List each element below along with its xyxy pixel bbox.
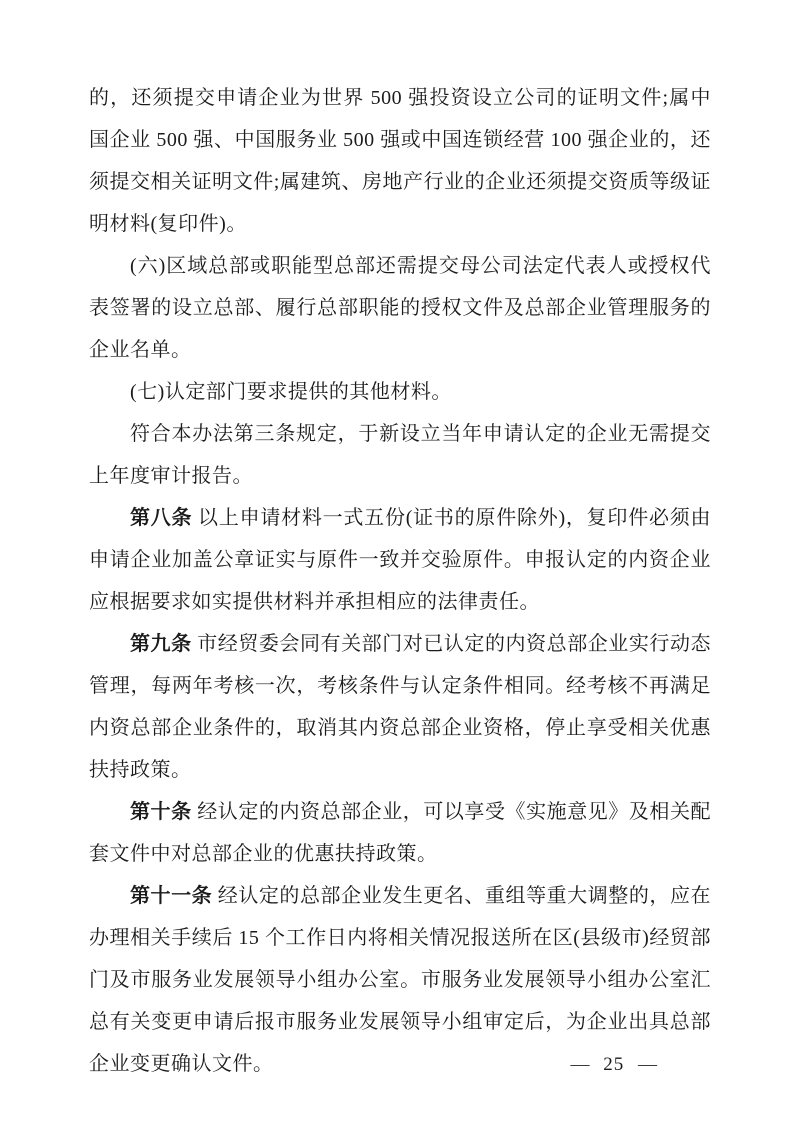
page-number: 25: [603, 1051, 624, 1079]
article-number: 第十条: [130, 801, 192, 823]
paragraph: (七)认定部门要求提供的其他材料。: [89, 371, 711, 413]
text-run: (七)认定部门要求提供的其他材料。: [130, 381, 452, 403]
footer-dash-right: —: [638, 1051, 657, 1079]
text-run: 经认定的总部企业发生更名、重组等重大调整的，应在办理相关手续后 15 个工作日内…: [89, 885, 711, 1075]
page-footer: — 25 —: [562, 1051, 667, 1079]
paragraph: 第八条 以上申请材料一式五份(证书的原件除外)，复印件必须由申请企业加盖公章证实…: [89, 497, 711, 623]
paragraph: 第十条 经认定的内资总部企业，可以享受《实施意见》及相关配套文件中对总部企业的优…: [89, 791, 711, 875]
text-run: 符合本办法第三条规定，于新设立当年申请认定的企业无需提交上年度审计报告。: [89, 423, 711, 487]
article-number: 第九条: [130, 633, 192, 655]
text-run: (六)区域总部或职能型总部还需提交母公司法定代表人或授权代表签署的设立总部、履行…: [89, 255, 711, 361]
text-run: 市经贸委会同有关部门对已认定的内资总部企业实行动态管理，每两年考核一次，考核条件…: [89, 633, 711, 781]
paragraph: 第九条 市经贸委会同有关部门对已认定的内资总部企业实行动态管理，每两年考核一次，…: [89, 623, 711, 791]
paragraph: 符合本办法第三条规定，于新设立当年申请认定的企业无需提交上年度审计报告。: [89, 413, 711, 497]
footer-dash-left: —: [571, 1051, 590, 1079]
article-number: 第八条: [130, 507, 192, 529]
article-number: 第十一条: [130, 885, 212, 907]
text-run: 的，还须提交申请企业为世界 500 强投资设立公司的证明文件;属中国企业 500…: [89, 87, 711, 235]
paragraph: 的，还须提交申请企业为世界 500 强投资设立公司的证明文件;属中国企业 500…: [89, 77, 711, 245]
document-body: 的，还须提交申请企业为世界 500 强投资设立公司的证明文件;属中国企业 500…: [89, 77, 711, 1085]
document-page: 的，还须提交申请企业为世界 500 强投资设立公司的证明文件;属中国企业 500…: [0, 0, 794, 1123]
paragraph: (六)区域总部或职能型总部还需提交母公司法定代表人或授权代表签署的设立总部、履行…: [89, 245, 711, 371]
